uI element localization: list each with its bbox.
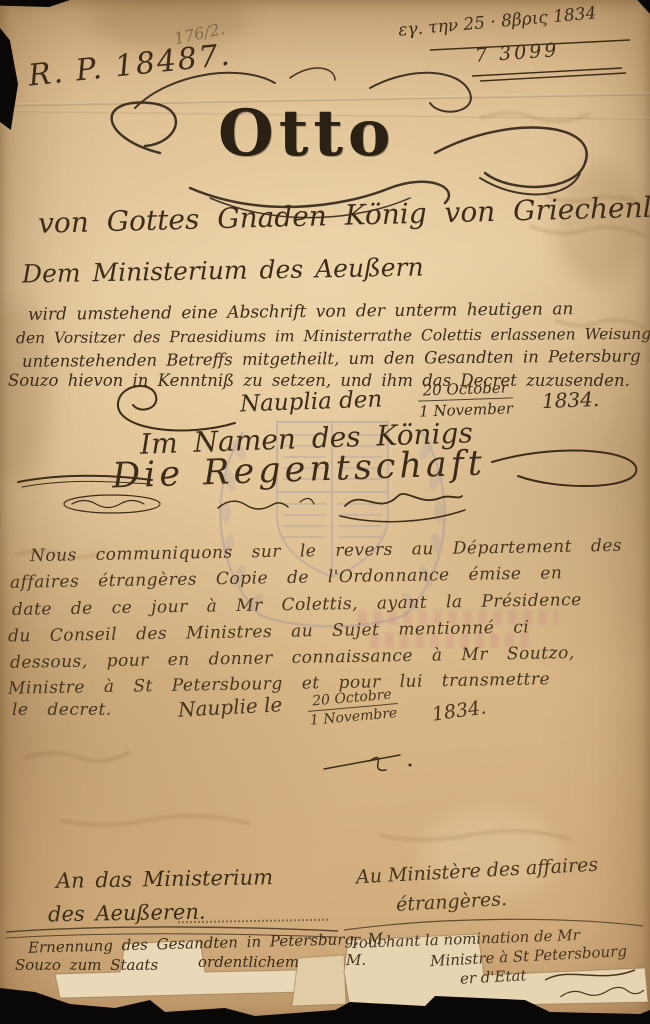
decree-body-line: den Vorsitzer des Praesidiums im Ministe…: [16, 326, 650, 347]
king-name-title: Otto: [218, 96, 396, 171]
decree-body-line: Souzo hievon in Kenntniß zu setzen, und …: [8, 372, 630, 389]
docket-french-line2-start: M.: [346, 953, 366, 969]
scanned-document: εγ. την 25 · 8βρις 1834 7 3099 R. P. 184…: [0, 0, 650, 1024]
docket-german-line2-start: Souzo zum Staats: [15, 958, 158, 974]
dateline-year: 1834.: [542, 389, 600, 412]
docket-german-line2-end: ordentlichem: [198, 955, 299, 971]
address-german-line1: An das Ministerium: [56, 866, 273, 892]
docket-french-line3: er d'Etat: [460, 968, 527, 987]
dateline-place: Nauplia den: [240, 388, 383, 417]
dateline-date-fraction: 20 October 1 November: [417, 378, 514, 420]
french-note-line: le decret.: [12, 702, 112, 720]
french-dateline-place: Nauplie le: [178, 694, 283, 720]
